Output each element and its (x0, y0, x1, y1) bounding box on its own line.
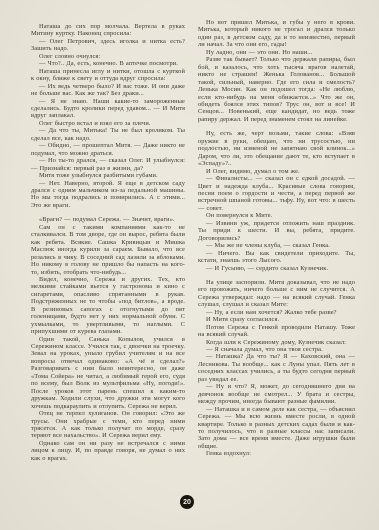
paragraph: Он повернулся к Мите. (198, 212, 355, 219)
paragraph: — Нет. Наверно, второй. Я еще в детском … (31, 180, 185, 210)
paragraph: Наташа принесла иглу и нитки, отошла с к… (31, 68, 185, 83)
paragraph: На улице заспорили. Митя доказывал, что … (198, 279, 355, 309)
paragraph: Наташа до сих пор молчала. Вертела в рук… (31, 23, 185, 38)
paragraph: — Финалисты... — сказал он с едкой досад… (198, 175, 355, 212)
paragraph: — Ну и что? Я, может, до сегодняшнего дн… (198, 383, 355, 405)
text-section: «Враги? — подумал Сережа. — Значит, враг… (31, 216, 185, 462)
text-section: Ну, есть же, черт возьми, такие слова: «… (198, 130, 355, 272)
paragraph: Олег быстро встал и взял его за плечи. (31, 120, 185, 127)
paragraph: — И Гусыню, — сердито сказал Кузнечик. (198, 265, 355, 272)
paragraph: Разве так бывает? Только что держали рап… (198, 56, 355, 123)
paragraph: Но вот пришел Митька, и губы у него в кр… (198, 19, 355, 49)
paragraph: — Наташка и в самом деле как сестра, — о… (198, 406, 355, 451)
paragraph: — Наташка? Да что ты? Я — Каховский, она… (198, 353, 355, 383)
paragraph: — Мы же не члены клуба, — сказал Генка. (198, 242, 355, 249)
text-section: На улице заспорили. Митя доказывал, что … (198, 279, 355, 458)
page-number: 20 (183, 499, 191, 506)
paragraph: Потом Сережа с Генкой проводили Наташу. … (198, 324, 355, 339)
paragraph: Один такой, Санька Копылов, учился в Сер… (31, 336, 185, 411)
paragraph: — Что?.. Да, есть, конечно. В аптечке по… (31, 60, 185, 67)
paragraph: Однако сам он ни разу не встречался с ни… (31, 440, 185, 462)
page-number-badge: 20 (180, 495, 194, 509)
paragraph: Сам он с такими компаниями как-то не ста… (31, 224, 185, 276)
paragraph: — Но ты-то дрался, — сказал Олег. И улыб… (31, 157, 185, 172)
text-section: Но вот пришел Митька, и губы у него в кр… (198, 19, 355, 123)
paragraph: — Извини уж, придется отложить наш празд… (198, 220, 355, 242)
paragraph: Когда шли к Сережиному дому, Кузнечик ск… (198, 339, 355, 346)
text-column-left: Наташа до сих пор молчала. Вертела в рук… (31, 19, 185, 462)
book-page-scan: { "theme": { "paper": "#e9e5d9", "ink": … (0, 0, 379, 530)
paragraph: И Олег, видимо, думал о том же. (198, 168, 355, 175)
paragraph: Ну, есть же, черт возьми, такие слова: «… (198, 130, 355, 167)
text-columns: Наташа до сих пор молчала. Вертела в рук… (31, 19, 358, 462)
paragraph: — Я не знаю. Наши какие-то замороженные … (31, 98, 185, 120)
text-column-right: Но вот пришел Митька, и губы у него в кр… (198, 19, 355, 462)
paragraph: Генка вздохнул: (198, 450, 355, 457)
paragraph: — Я сначала думал, что она твоя сестра. (198, 346, 355, 353)
paragraph: — Ну, а если нам хочется? Жалко тебе раз… (198, 309, 355, 316)
paragraph: Видел, конечно, Сережа и других. Тех, кт… (31, 276, 185, 336)
paragraph: «Враги? — подумал Сережа. — Значит, враг… (31, 216, 185, 223)
paragraph: Отец не терпел хулиганов. Он говорил: «Э… (31, 410, 185, 440)
paragraph: — Их ведь четверо было? И вас тоже. И он… (31, 83, 185, 98)
paragraph: Ну ладно, они — это они. Но наши... (198, 49, 355, 56)
paragraph: — Ничего. Вы как свидетели приходите. Ты… (198, 250, 355, 265)
paragraph: Олег словно очнулся: (31, 53, 185, 60)
paragraph: И Митя сразу согласился. (198, 316, 355, 323)
book-page: Наташа до сих пор молчала. Вертела в рук… (0, 0, 379, 530)
paragraph: — Олег Петрович, здесь иголка и нитка ес… (31, 38, 185, 53)
text-section: Наташа до сих пор молчала. Вертела в рук… (31, 23, 185, 209)
paragraph: — Обидно, — прошептал Митя. — Даже никто… (31, 142, 185, 157)
paragraph: Митя тоже улыбнулся разбитыми губами. (31, 172, 185, 179)
paragraph: — Да что ты, Митька! Ты не был кроликом.… (31, 127, 185, 142)
